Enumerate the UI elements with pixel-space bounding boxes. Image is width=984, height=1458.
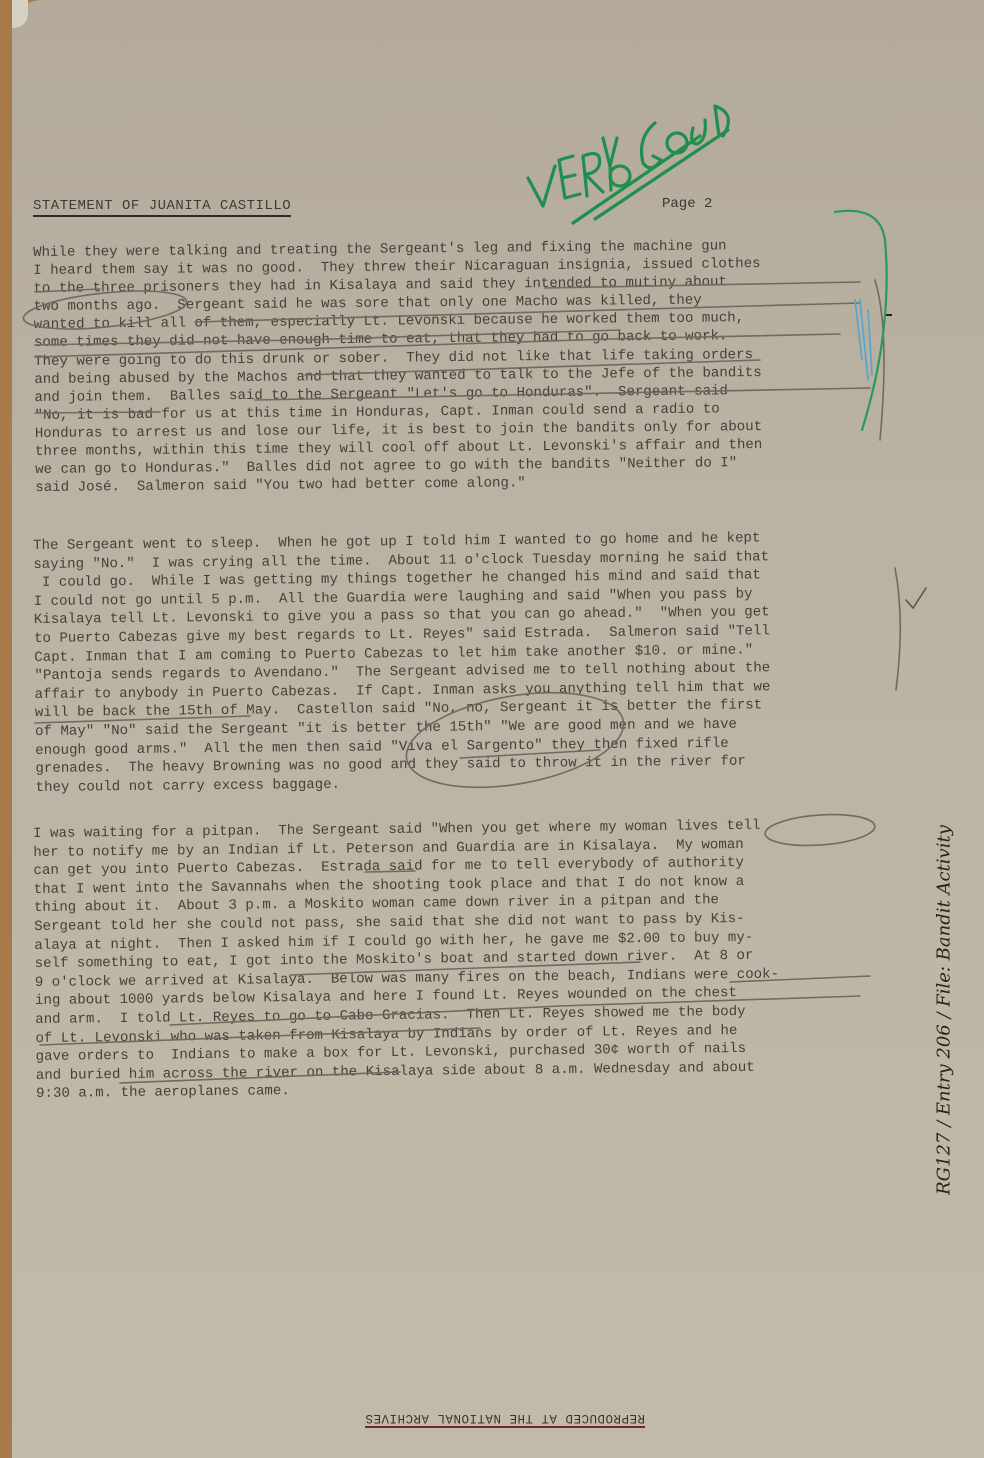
paragraph-1: While they were talking and treating the…	[33, 236, 895, 498]
page-corner	[12, 0, 28, 28]
document-title: STATEMENT OF JUANITA CASTILLO	[33, 198, 291, 217]
paragraph-3: I was waiting for a pitpan. The Sergeant…	[33, 815, 896, 1104]
paragraph-2: The Sergeant went to sleep. When he got …	[33, 528, 896, 797]
margin-archive-note: RG127 / Entry 206 / File: Bandit Activit…	[934, 825, 955, 1195]
very-good-annotation: VERY GOOD	[525, 78, 755, 228]
archives-stamp: REPRODUCED AT THE NATIONAL ARCHIVES	[365, 1411, 645, 1428]
